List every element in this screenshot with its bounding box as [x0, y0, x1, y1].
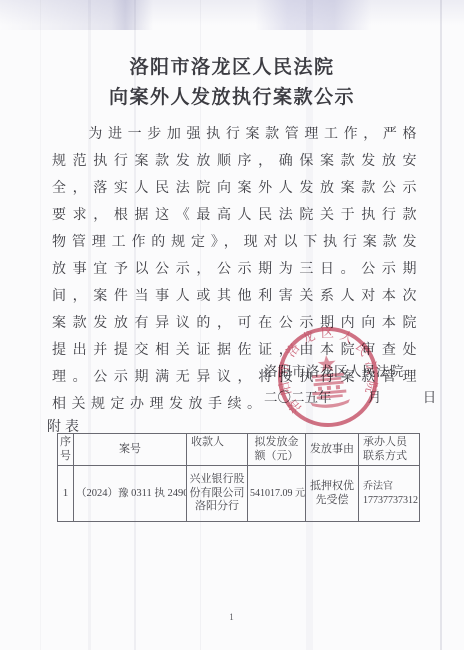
- page-number: 1: [0, 612, 464, 622]
- contact-phone: 17737737312: [363, 494, 417, 508]
- signature-date-line: 二〇二五年 月 日: [264, 386, 436, 406]
- header-payee: 收款人: [187, 434, 248, 466]
- scan-artifact-band: [0, 0, 464, 30]
- document-title-subject: 向案外人发放执行案款公示: [32, 82, 432, 109]
- document-title-court: 洛阳市洛龙区人民法院: [32, 52, 432, 79]
- table-row: 1 （2024）豫 0311 执 2490 号 兴业银行股份有限公司洛阳分行 5…: [58, 466, 420, 522]
- header-reason: 发放事由: [306, 434, 359, 466]
- cell-reason: 抵押权优先受偿: [306, 466, 359, 522]
- header-case-no: 案号: [74, 434, 187, 466]
- scanned-court-notice-page: 洛阳市洛龙区人民法院 向案外人发放执行案款公示 为进一步加强执行案款管理工作，严…: [0, 0, 464, 650]
- contact-name: 乔法官: [363, 480, 417, 494]
- table-header-row: 序号 案号 收款人 拟发放金额（元） 发放事由 承办人员联系方式: [58, 434, 420, 466]
- cell-case-no: （2024）豫 0311 执 2490 号: [74, 466, 187, 522]
- cell-amount: 541017.09 元: [248, 466, 306, 522]
- header-contact: 承办人员联系方式: [359, 434, 420, 466]
- header-index: 序号: [58, 434, 74, 466]
- cell-payee: 兴业银行股份有限公司洛阳分行: [187, 466, 248, 522]
- scan-streak: [440, 0, 442, 650]
- header-amount: 拟发放金额（元）: [248, 434, 306, 466]
- signature-date-year: 二〇二五年: [264, 390, 332, 405]
- signature-date-day-label: 日: [423, 390, 437, 405]
- signature-date-month-label: 月: [368, 390, 382, 405]
- cell-contact: 乔法官 17737737312: [359, 466, 420, 522]
- signature-court-name: 洛阳市洛龙区人民法院: [264, 360, 404, 380]
- cell-index: 1: [58, 466, 74, 522]
- case-payment-table: 序号 案号 收款人 拟发放金额（元） 发放事由 承办人员联系方式 1 （2024…: [57, 433, 420, 522]
